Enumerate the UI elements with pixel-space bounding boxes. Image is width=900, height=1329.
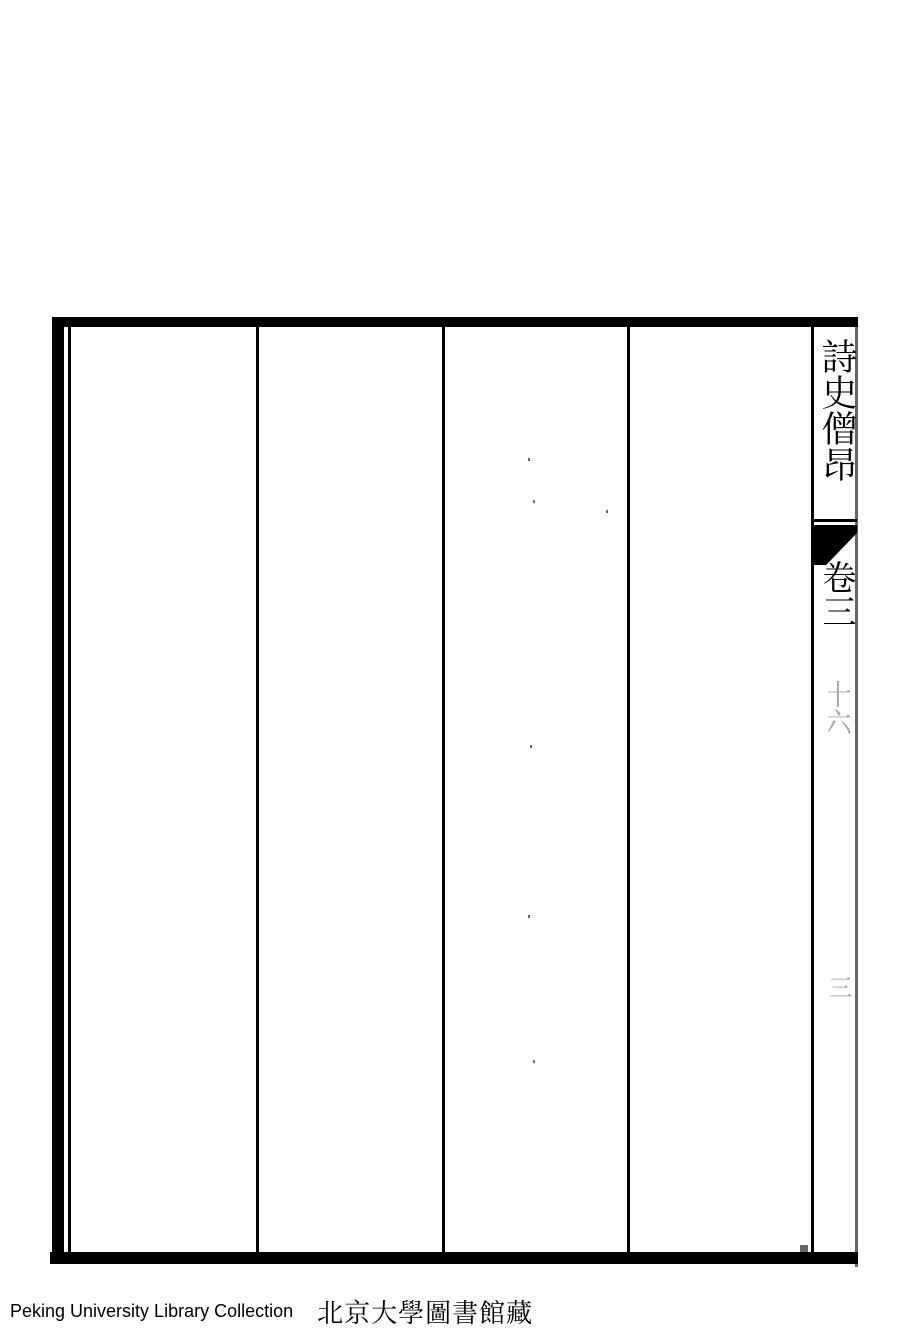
column-divider [442,327,445,1252]
column-divider [256,327,259,1252]
page-border-top [54,317,858,327]
ink-speck [528,915,530,918]
column-divider [627,327,630,1252]
fishtail-mark [813,525,857,565]
spine-border [811,327,814,1252]
spine-faint-text: 十六 [828,680,856,800]
ink-speck [528,458,530,461]
collection-label-en: Peking University Library Collection [10,1301,293,1322]
ink-speck [800,1245,808,1253]
scanned-book-page: 詩史僧昂 卷三 十六 三 [0,0,900,1280]
page-border-left-inner [68,327,71,1252]
footer-caption: Peking University Library Collection 北京大… [10,1296,533,1326]
spine-book-title: 詩史僧昂 [818,338,858,516]
page-border-left [52,317,64,1264]
ink-speck [533,1060,535,1063]
spine-faint-text-lower: 三 [830,975,856,1035]
ink-speck [606,510,608,513]
collection-label-zh: 北京大學圖書館藏 [317,1293,533,1329]
ink-speck [533,500,535,503]
spine-volume-label: 卷三 [820,560,856,680]
fishtail-divider [813,519,857,522]
page-border-bottom [50,1252,858,1264]
ink-speck [530,745,532,748]
